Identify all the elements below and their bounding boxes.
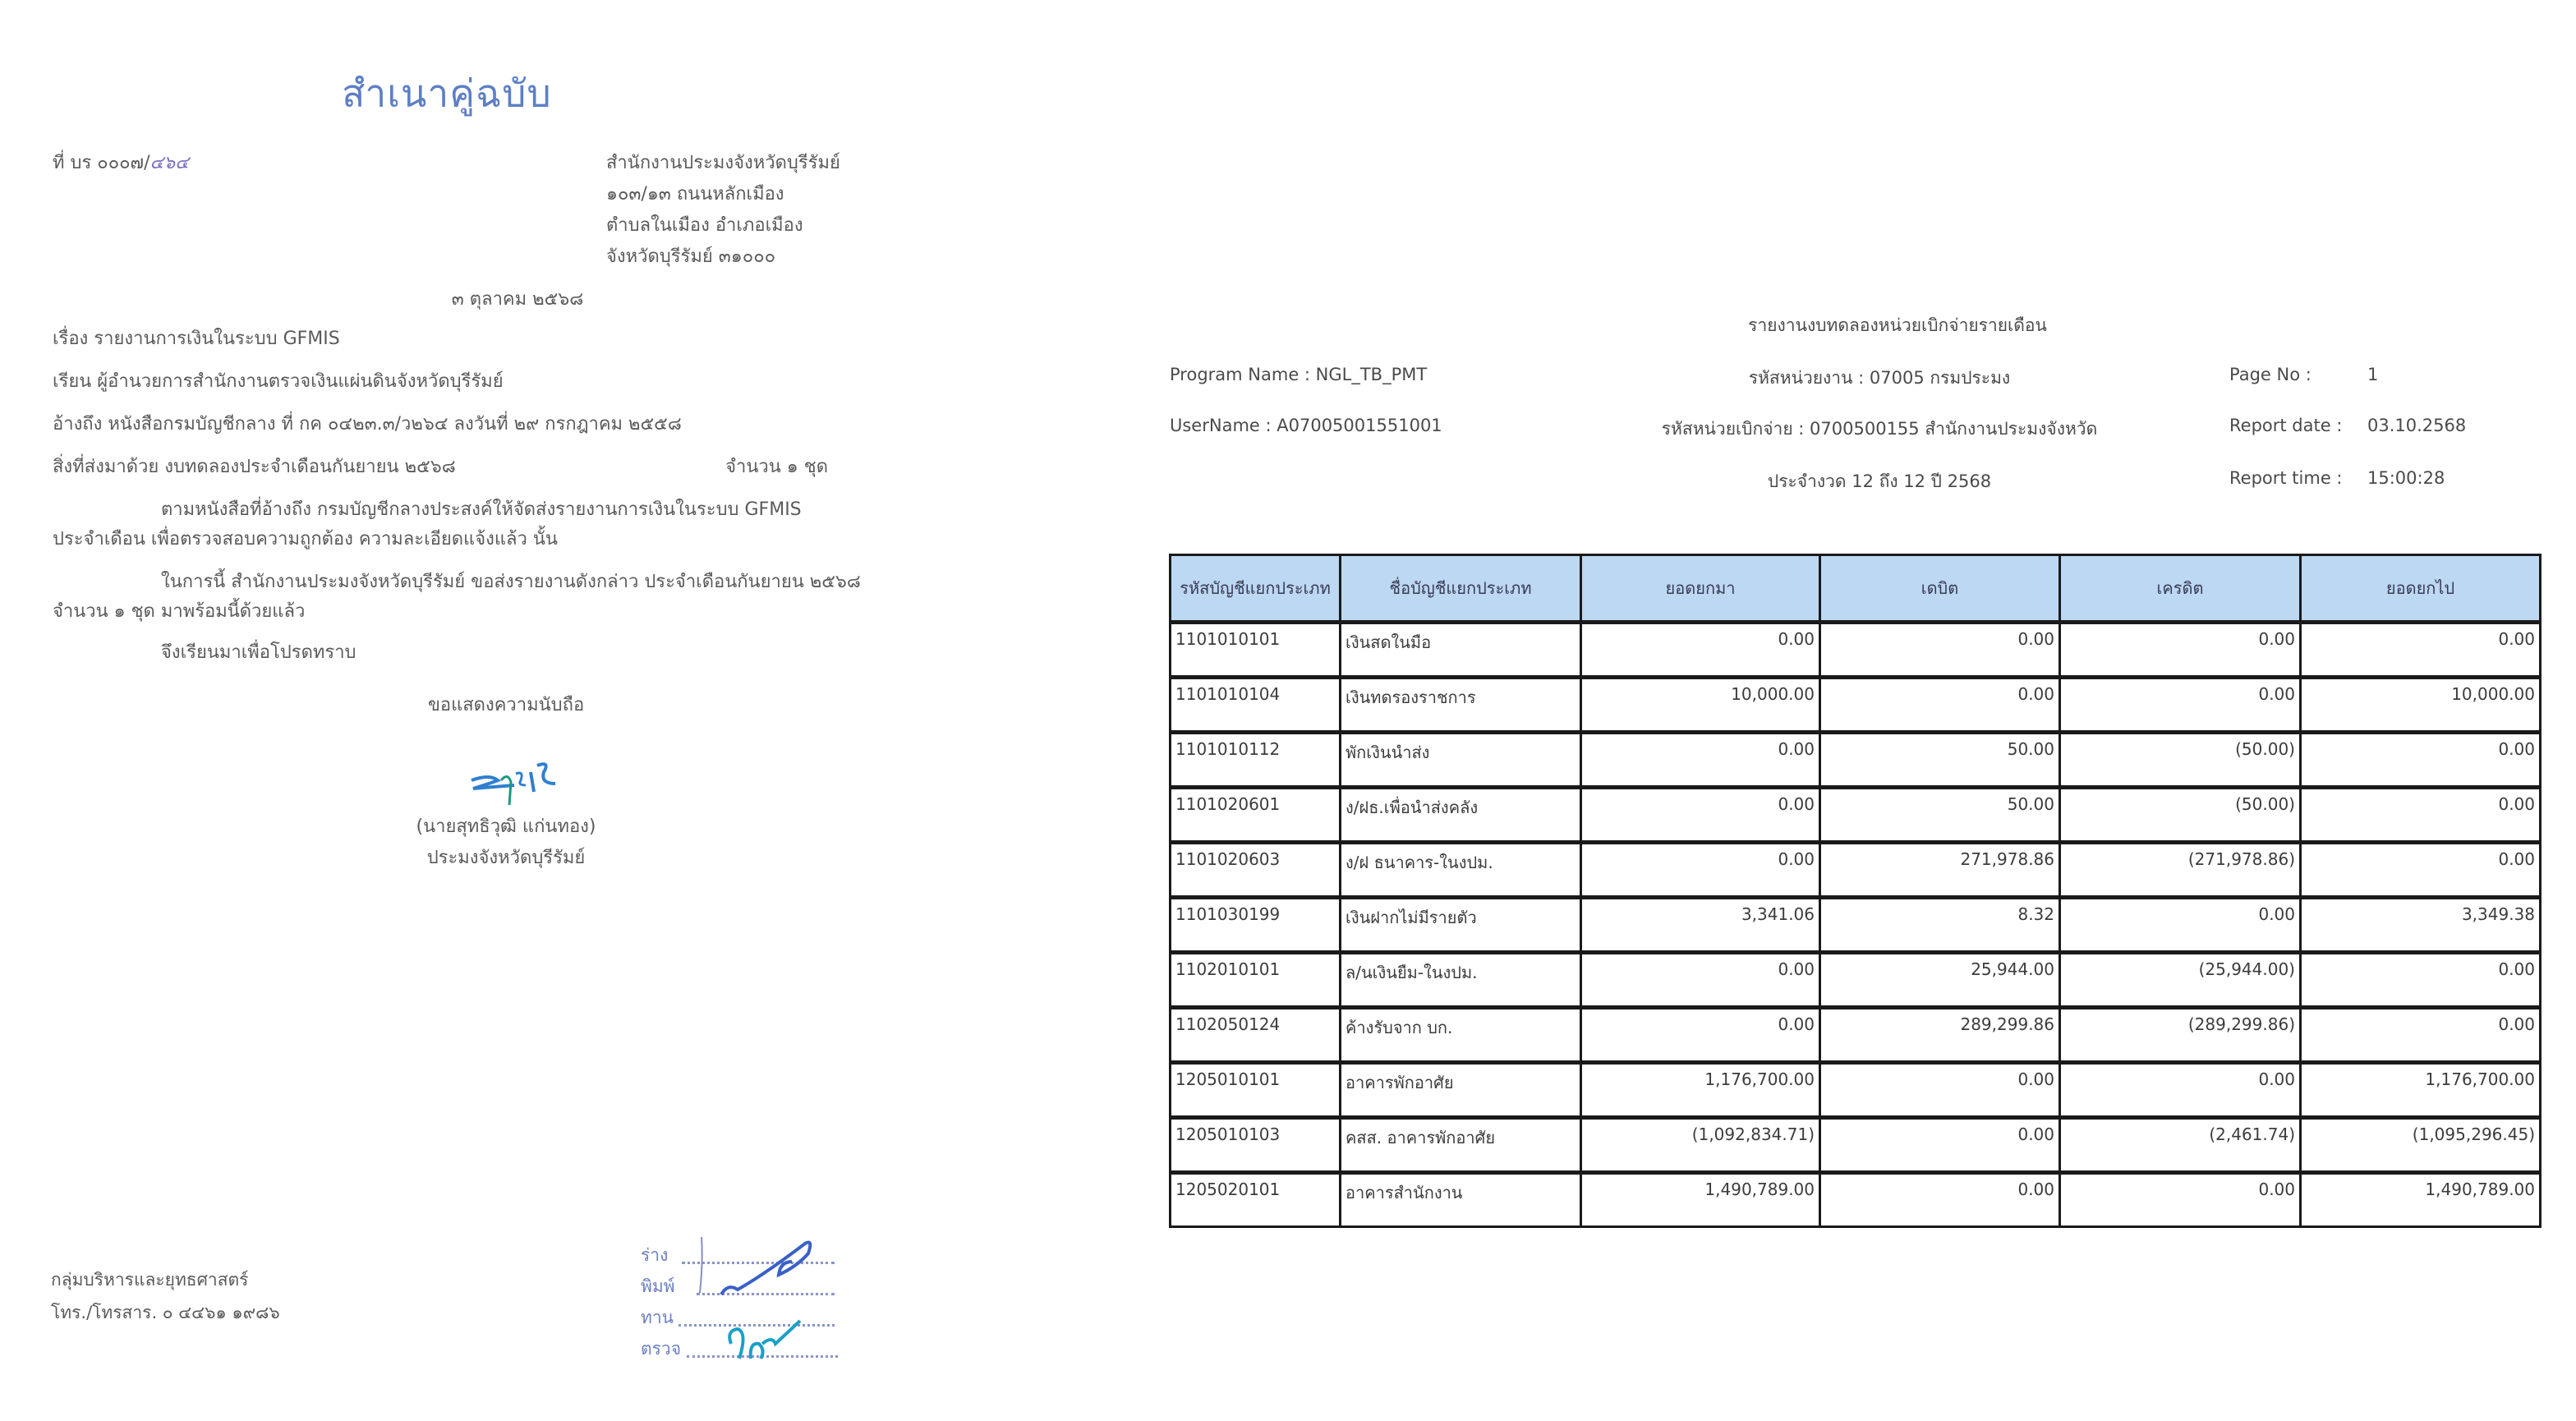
table-row: 1101030199เงินฝากไม่มีรายตัว3,341.068.32…	[1171, 898, 2541, 953]
cell-account-name: อาคารพักอาศัย	[1341, 1063, 1581, 1118]
letter-date: ๓ ตุลาคม ๒๕๖๘	[452, 284, 583, 313]
cell-closing-balance: (1,095,296.45)	[2301, 1118, 2541, 1173]
cell-opening-balance: 0.00	[1581, 733, 1820, 788]
column-header-account-name: ชื่อบัญชีแยกประเภท	[1341, 555, 1581, 623]
letter-enclosure: สิ่งที่ส่งมาด้วย งบทดลองประจำเดือนกันยาย…	[53, 452, 456, 481]
cell-credit: 0.00	[2060, 623, 2301, 678]
disbursing-unit: รหัสหน่วยเบิกจ่าย : 0700500155 สำนักงานป…	[1662, 416, 2097, 443]
cell-account-code: 1101020601	[1171, 788, 1341, 843]
body-paragraph-2: ในการนี้ สำนักงานประมงจังหวัดบุรีรัมย์ ข…	[161, 567, 861, 596]
cell-account-code: 1101010112	[1171, 733, 1341, 788]
document-number-prefix: ที่ บร ๐๐๐๗/	[53, 153, 150, 173]
cell-credit: (289,299.86)	[2060, 1008, 2301, 1063]
cell-debit: 50.00	[1820, 788, 2060, 843]
cell-debit: 50.00	[1820, 733, 2060, 788]
cell-credit: 0.00	[2060, 898, 2301, 953]
cell-account-code: 1101010101	[1171, 623, 1341, 678]
table-row: 1102050124ค้างรับจาก บก.0.00289,299.86(2…	[1171, 1008, 2541, 1063]
report-period: ประจำงวด 12 ถึง 12 ปี 2568	[1768, 468, 1991, 495]
cell-closing-balance: 3,349.38	[2301, 898, 2541, 953]
letter-reference: อ้างถึง หนังสือกรมบัญชีกลาง ที่ กค ๐๔๒๓.…	[53, 409, 682, 438]
column-header-closing-balance: ยอดยกไป	[2301, 555, 2541, 623]
address-line: ๑๐๓/๑๓ ถนนหลักเมือง	[606, 179, 784, 208]
cell-closing-balance: 10,000.00	[2301, 678, 2541, 733]
cell-closing-balance: 1,490,789.00	[2301, 1173, 2541, 1227]
cell-credit: (2,461.74)	[2060, 1118, 2301, 1173]
cell-credit: 0.00	[2060, 1063, 2301, 1118]
report-date-value: 03.10.2568	[2367, 416, 2466, 435]
cell-credit: 0.00	[2060, 678, 2301, 733]
closing-phrase: ขอแสดงความนับถือ	[428, 690, 584, 719]
cell-account-code: 1101020603	[1171, 843, 1341, 898]
footer-phone: โทร./โทรสาร. ๐ ๔๔๖๑ ๑๙๘๖	[51, 1299, 280, 1327]
cell-account-name: เงินสดในมือ	[1341, 623, 1581, 678]
cell-opening-balance: 0.00	[1581, 953, 1820, 1008]
letter-recipient: เรียน ผู้อำนวยการสำนักงานตรวจเงินแผ่นดิน…	[53, 366, 504, 395]
column-header-opening-balance: ยอดยกมา	[1581, 555, 1820, 623]
cell-debit: 0.00	[1820, 1063, 2060, 1118]
cell-account-code: 1205010101	[1171, 1063, 1341, 1118]
cell-account-code: 1205010103	[1171, 1118, 1341, 1173]
signer-position: ประมงจังหวัดบุรีรัมย์	[427, 843, 586, 871]
signature-icon	[465, 756, 563, 813]
body-paragraph-2-cont: จำนวน ๑ ชุด มาพร้อมนี้ด้วยแล้ว	[53, 596, 305, 625]
cell-debit: 0.00	[1820, 678, 2060, 733]
cell-account-name: อาคารสำนักงาน	[1341, 1173, 1581, 1227]
report-time-label: Report time :	[2229, 468, 2342, 488]
cell-debit: 271,978.86	[1820, 843, 2060, 898]
cell-credit: (271,978.86)	[2060, 843, 2301, 898]
table-row: 1205010103คสส. อาคารพักอาศัย(1,092,834.7…	[1171, 1118, 2541, 1173]
cell-account-code: 1102010101	[1171, 953, 1341, 1008]
document-number-handwritten: ๔๖๔	[150, 153, 189, 173]
table-body: 1101010101เงินสดในมือ0.000.000.000.00110…	[1171, 623, 2541, 1227]
enclosure-quantity: จำนวน ๑ ชุด	[725, 452, 828, 481]
table-row: 1101010112พักเงินนำส่ง0.0050.00(50.00)0.…	[1171, 733, 2541, 788]
username: UserName : A07005001551001	[1170, 416, 1442, 435]
cell-account-name: ล/นเงินยืม-ในงปม.	[1341, 953, 1581, 1008]
signer-name: (นายสุทธิวุฒิ แก่นทอง)	[416, 812, 596, 840]
table-row: 1205020101อาคารสำนักงาน1,490,789.000.000…	[1171, 1173, 2541, 1227]
cell-closing-balance: 0.00	[2301, 733, 2541, 788]
cell-account-code: 1102050124	[1171, 1008, 1341, 1063]
cell-opening-balance: 0.00	[1581, 788, 1820, 843]
cell-closing-balance: 0.00	[2301, 843, 2541, 898]
cell-opening-balance: 1,176,700.00	[1581, 1063, 1820, 1118]
cell-opening-balance: (1,092,834.71)	[1581, 1118, 1820, 1173]
cell-debit: 0.00	[1820, 1118, 2060, 1173]
cell-debit: 0.00	[1820, 1173, 2060, 1227]
signoff-type-label: พิมพ์	[641, 1273, 675, 1300]
cell-debit: 25,944.00	[1820, 953, 2060, 1008]
cell-closing-balance: 0.00	[2301, 1008, 2541, 1063]
address-line: จังหวัดบุรีรัมย์ ๓๑๐๐๐	[606, 241, 775, 270]
cell-account-name: เงินฝากไม่มีรายตัว	[1341, 898, 1581, 953]
cell-credit: 0.00	[2060, 1173, 2301, 1227]
cell-account-code: 1205020101	[1171, 1173, 1341, 1227]
body-paragraph-1: ตามหนังสือที่อ้างถึง กรมบัญชีกลางประสงค์…	[161, 494, 802, 523]
agency-code: รหัสหน่วยงาน : 07005 กรมประมง	[1749, 365, 2010, 392]
cell-account-name: ค้างรับจาก บก.	[1341, 1008, 1581, 1063]
program-name: Program Name : NGL_TB_PMT	[1170, 365, 1427, 384]
trial-balance-table: รหัสบัญชีแยกประเภท ชื่อบัญชีแยกประเภท ยอ…	[1169, 554, 2541, 1228]
address-line: สำนักงานประมงจังหวัดบุรีรัมย์	[606, 148, 840, 177]
signoff-draft-label: ร่าง	[641, 1242, 668, 1269]
table-row: 1101020603ง/ฝ ธนาคาร-ในงปม.0.00271,978.8…	[1171, 843, 2541, 898]
cell-debit: 0.00	[1820, 623, 2060, 678]
report-time-value: 15:00:28	[2367, 468, 2445, 488]
cell-account-name: เงินทดรองราชการ	[1341, 678, 1581, 733]
cell-debit: 8.32	[1820, 898, 2060, 953]
report-date-label: Report date :	[2229, 416, 2342, 435]
page-no-value: 1	[2367, 365, 2378, 384]
cell-debit: 289,299.86	[1820, 1008, 2060, 1063]
initials-icon	[690, 1229, 838, 1360]
letter-subject: เรื่อง รายงานการเงินในระบบ GFMIS	[53, 324, 340, 352]
cell-credit: (25,944.00)	[2060, 953, 2301, 1008]
copy-stamp-title: สำเนาคู่ฉบับ	[342, 64, 551, 124]
closing-request: จึงเรียนมาเพื่อโปรดทราบ	[161, 637, 356, 666]
table-row: 1101010104เงินทดรองราชการ10,000.000.000.…	[1171, 678, 2541, 733]
column-header-account-code: รหัสบัญชีแยกประเภท	[1171, 555, 1341, 623]
cell-opening-balance: 0.00	[1581, 1008, 1820, 1063]
table-row: 1101020601ง/ฝธ.เพื่อนำส่งคลัง0.0050.00(5…	[1171, 788, 2541, 843]
cell-closing-balance: 0.00	[2301, 623, 2541, 678]
report-title: รายงานงบทดลองหน่วยเบิกจ่ายรายเดือน	[1748, 312, 2047, 339]
cell-opening-balance: 0.00	[1581, 623, 1820, 678]
cell-account-code: 1101030199	[1171, 898, 1341, 953]
address-line: ตำบลในเมือง อำเภอเมือง	[606, 210, 803, 239]
cell-credit: (50.00)	[2060, 733, 2301, 788]
document-number: ที่ บร ๐๐๐๗/๔๖๔	[53, 148, 189, 177]
cell-account-name: คสส. อาคารพักอาศัย	[1341, 1118, 1581, 1173]
cell-account-name: พักเงินนำส่ง	[1341, 733, 1581, 788]
cell-opening-balance: 3,341.06	[1581, 898, 1820, 953]
cell-opening-balance: 1,490,789.00	[1581, 1173, 1820, 1227]
column-header-debit: เดบิต	[1820, 555, 2060, 623]
table-row: 1102010101ล/นเงินยืม-ในงปม.0.0025,944.00…	[1171, 953, 2541, 1008]
column-header-credit: เครดิต	[2060, 555, 2301, 623]
cell-closing-balance: 0.00	[2301, 953, 2541, 1008]
body-paragraph-1-cont: ประจำเดือน เพื่อตรวจสอบความถูกต้อง ความล…	[53, 524, 558, 553]
footer-department: กลุ่มบริหารและยุทธศาสตร์	[51, 1267, 248, 1294]
cell-credit: (50.00)	[2060, 788, 2301, 843]
cell-closing-balance: 1,176,700.00	[2301, 1063, 2541, 1118]
table-row: 1205010101อาคารพักอาศัย1,176,700.000.000…	[1171, 1063, 2541, 1118]
cell-account-name: ง/ฝธ.เพื่อนำส่งคลัง	[1341, 788, 1581, 843]
cell-closing-balance: 0.00	[2301, 788, 2541, 843]
table-header-row: รหัสบัญชีแยกประเภท ชื่อบัญชีแยกประเภท ยอ…	[1171, 555, 2541, 623]
table-row: 1101010101เงินสดในมือ0.000.000.000.00	[1171, 623, 2541, 678]
cell-account-name: ง/ฝ ธนาคาร-ในงปม.	[1341, 843, 1581, 898]
cell-opening-balance: 0.00	[1581, 843, 1820, 898]
signoff-proof-label: ทาน	[641, 1304, 674, 1331]
cell-account-code: 1101010104	[1171, 678, 1341, 733]
signoff-check-label: ตรวจ	[641, 1336, 681, 1363]
page-no-label: Page No :	[2229, 365, 2311, 384]
cell-opening-balance: 10,000.00	[1581, 678, 1820, 733]
